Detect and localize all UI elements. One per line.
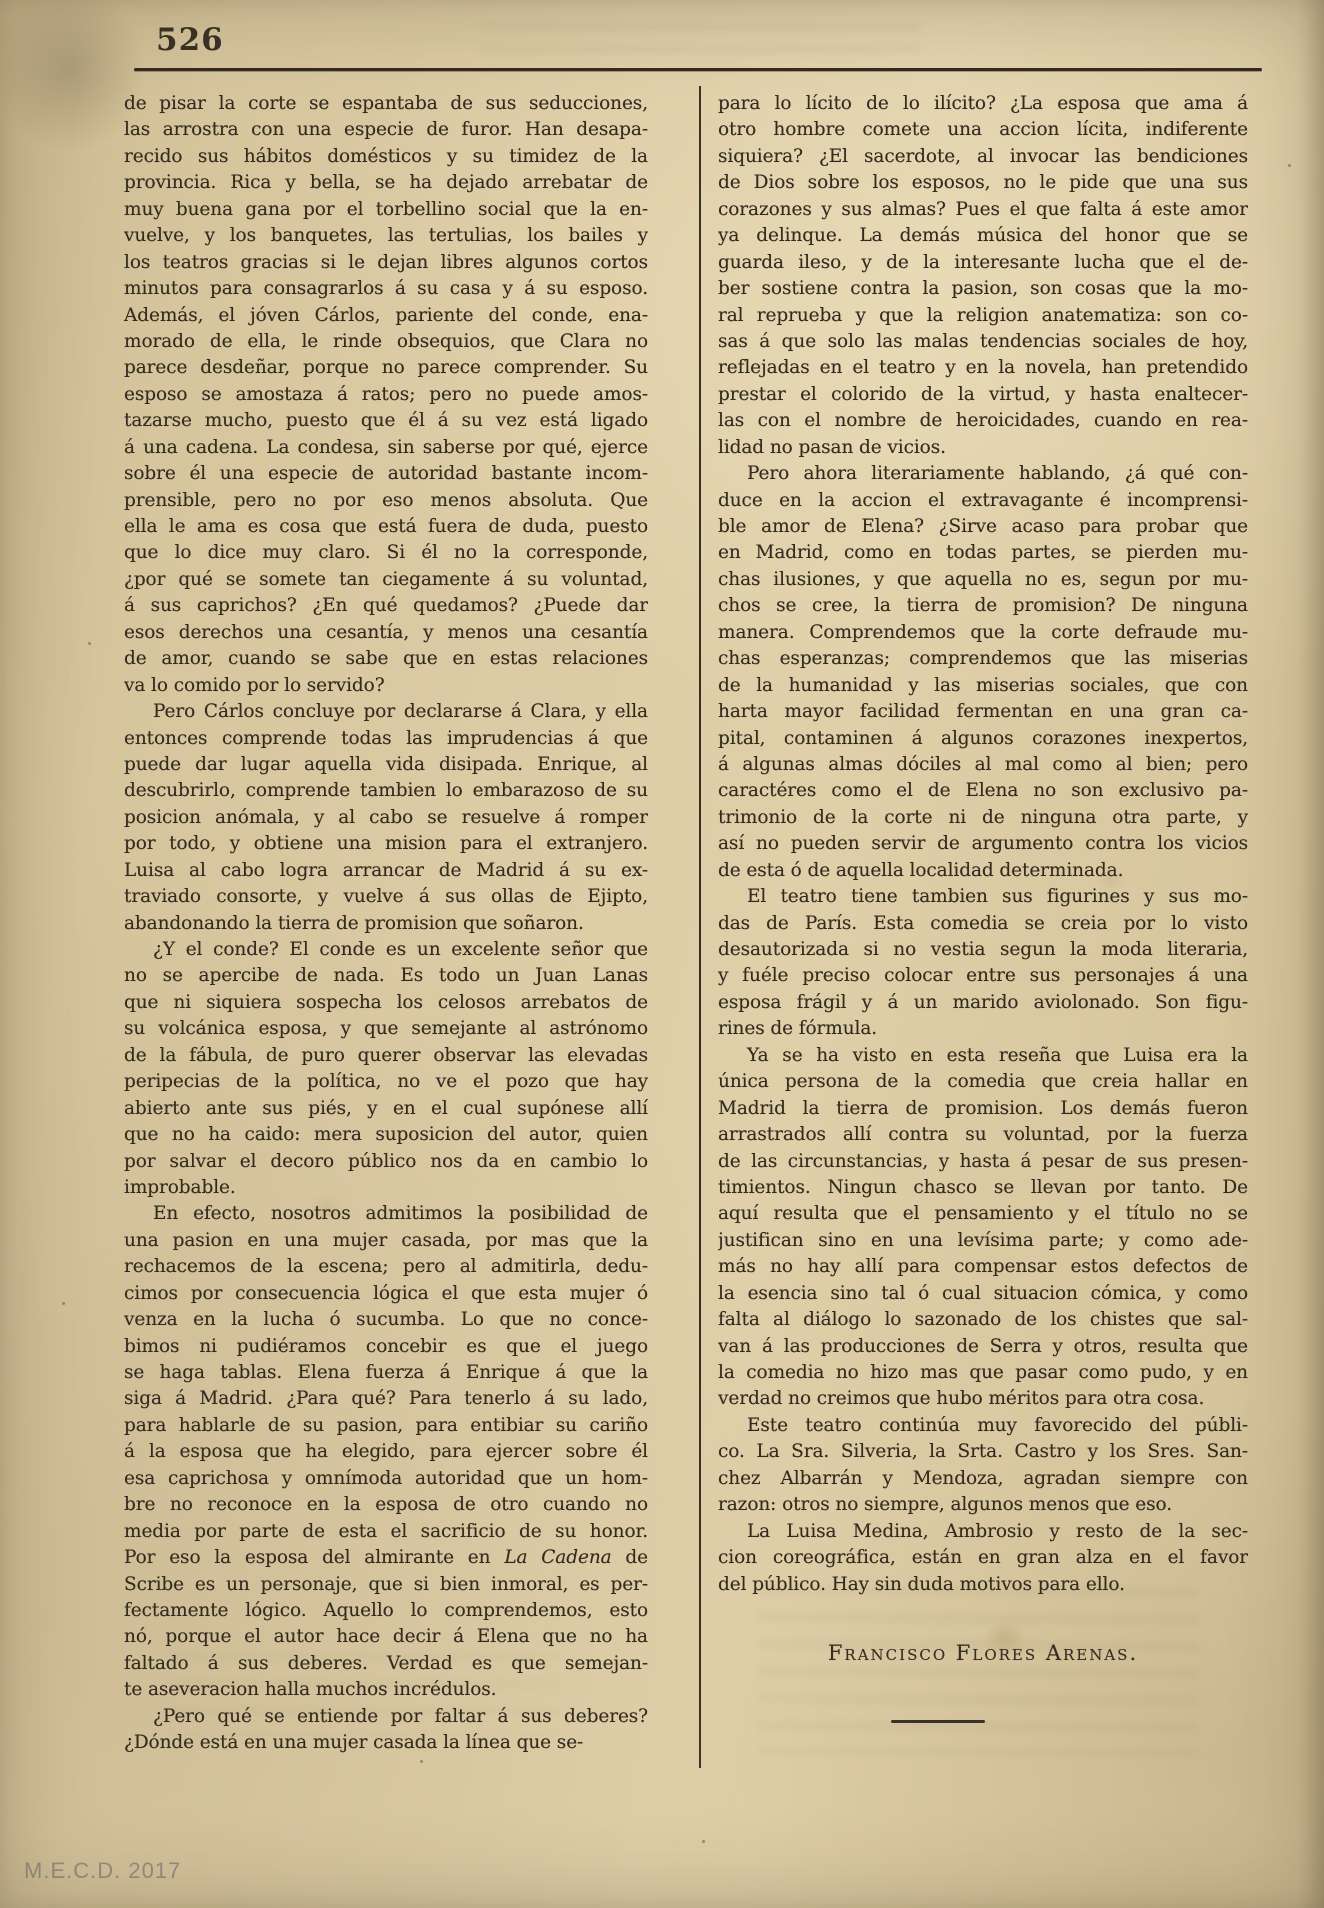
text-line: de la fábula, de puro querer observar la… bbox=[124, 1043, 648, 1069]
text-line: Pero Cárlos concluye por declararse á Cl… bbox=[124, 699, 648, 725]
text-line: vuelve, y los banquetes, las tertulias, … bbox=[124, 223, 648, 249]
show-through-smudge bbox=[758, 1585, 1199, 1757]
text-line: pital, contaminen á algunos corazones in… bbox=[718, 726, 1248, 752]
text-line: das de París. Esta comedia se creia por … bbox=[718, 911, 1248, 937]
text-line: siquiera? ¿El sacerdote, al invocar las … bbox=[718, 144, 1248, 170]
text-line: prestar el colorido de la virtud, y hast… bbox=[718, 382, 1248, 408]
text-line: para lo lícito de lo ilícito? ¿La esposa… bbox=[718, 91, 1248, 117]
text-line: chas ilusiones, y que aquella no es, seg… bbox=[718, 567, 1248, 593]
text-line: tazarse mucho, puesto que él á su vez es… bbox=[124, 408, 648, 434]
text-line: caractéres como el de Elena no son exclu… bbox=[718, 778, 1248, 804]
text-line: descubrirlo, comprende tambien lo embara… bbox=[124, 778, 648, 804]
text-line: venza en la lucha ó sucumba. Lo que no c… bbox=[124, 1307, 648, 1333]
column-divider-rule bbox=[699, 86, 701, 1768]
page-scan: 526 de pisar la corte se espantaba de su… bbox=[0, 0, 1324, 1908]
text-line: La Luisa Medina, Ambrosio y resto de la … bbox=[718, 1519, 1248, 1545]
text-line: las con el nombre de heroicidades, cuand… bbox=[718, 408, 1248, 434]
text-line: minutos para consagrarlos á su casa y á … bbox=[124, 276, 648, 302]
text-line: falta al diálogo lo sazonado de los chis… bbox=[718, 1307, 1248, 1333]
text-line: por salvar el decoro público nos da en c… bbox=[124, 1149, 648, 1175]
text-line: Por eso la esposa del almirante en La Ca… bbox=[124, 1545, 648, 1571]
text-segment: Por eso la esposa del almirante en bbox=[124, 1547, 504, 1568]
text-line: Madrid la tierra de promision. Los demás… bbox=[718, 1096, 1248, 1122]
right-column: para lo lícito de lo ilícito? ¿La esposa… bbox=[718, 91, 1248, 1598]
text-line: prensible, pero no por eso menos absolut… bbox=[124, 488, 648, 514]
paper-speck bbox=[88, 642, 91, 645]
text-line: ¿Dónde está en una mujer casada la línea… bbox=[124, 1730, 648, 1756]
text-line: corazones y sus almas? Pues el que falta… bbox=[718, 197, 1248, 223]
text-line: entonces comprende todas las imprudencia… bbox=[124, 726, 648, 752]
text-line: en Madrid, como en todas partes, se pier… bbox=[718, 540, 1248, 566]
text-line: razon: otros no siempre, algunos menos q… bbox=[718, 1492, 1248, 1518]
text-line: una pasion en una mujer casada, por mas … bbox=[124, 1228, 648, 1254]
page-number: 526 bbox=[156, 22, 224, 58]
text-line: posicion anómala, y al cabo se resuelve … bbox=[124, 805, 648, 831]
text-line: media por parte de esta el sacrificio de… bbox=[124, 1519, 648, 1545]
text-line: para hablarle de su pasion, para entibia… bbox=[124, 1413, 648, 1439]
text-line: Ya se ha visto en esta reseña que Luisa … bbox=[718, 1043, 1248, 1069]
text-line: ble amor de Elena? ¿Sirve acaso para pro… bbox=[718, 514, 1248, 540]
text-line: ber sostiene contra la pasion, son cosas… bbox=[718, 276, 1248, 302]
text-line: chas esperanzas; comprendemos que las mi… bbox=[718, 646, 1248, 672]
header-rule bbox=[134, 68, 1262, 71]
text-line: reflejadas en el teatro y en la novela, … bbox=[718, 355, 1248, 381]
text-line: de Dios sobre los esposos, no le pide qu… bbox=[718, 170, 1248, 196]
text-line: traviado consorte, y vuelve á sus ollas … bbox=[124, 884, 648, 910]
text-line: puede dar lugar aquella vida disipada. E… bbox=[124, 752, 648, 778]
text-line: En efecto, nosotros admitimos la posibil… bbox=[124, 1201, 648, 1227]
archive-watermark: M.E.C.D. 2017 bbox=[24, 1858, 181, 1884]
text-line: faltado á sus deberes. Verdad es que sem… bbox=[124, 1651, 648, 1677]
text-line: morado de ella, le rinde obsequios, que … bbox=[124, 329, 648, 355]
paper-speck bbox=[420, 1760, 423, 1763]
text-line: ¿Pero qué se entiende por faltar á sus d… bbox=[124, 1704, 648, 1730]
text-line: bimos ni pudiéramos concebir es que el j… bbox=[124, 1334, 648, 1360]
text-line: nó, porque el autor hace decir á Elena q… bbox=[124, 1624, 648, 1650]
text-line: arrastrados allí contra su voluntad, por… bbox=[718, 1122, 1248, 1148]
text-line: la comedia no hizo mas que pasar como pu… bbox=[718, 1360, 1248, 1386]
text-line: esposa frágil y á un marido aviolonado. … bbox=[718, 990, 1248, 1016]
text-line: á la esposa que ha elegido, para ejercer… bbox=[124, 1439, 648, 1465]
text-line: por todo, y obtiene una mision para el e… bbox=[124, 831, 648, 857]
text-line: sobre él una especie de autoridad bastan… bbox=[124, 461, 648, 487]
text-line: Luisa al cabo logra arrancar de Madrid á… bbox=[124, 858, 648, 884]
text-line: de la humanidad y las miserias sociales,… bbox=[718, 673, 1248, 699]
left-column: de pisar la corte se espantaba de sus se… bbox=[124, 91, 648, 1757]
text-line: de las circunstancias, y hasta á pesar d… bbox=[718, 1149, 1248, 1175]
text-line: no se apercibe de nada. Es todo un Juan … bbox=[124, 963, 648, 989]
text-line: va lo comido por lo servido? bbox=[124, 673, 648, 699]
text-line: abierto ante sus piés, y en el cual supó… bbox=[124, 1096, 648, 1122]
text-line: de amor, cuando se sabe que en estas rel… bbox=[124, 646, 648, 672]
paper-speck bbox=[62, 1302, 65, 1305]
text-line: co. La Sra. Silveria, la Srta. Castro y … bbox=[718, 1439, 1248, 1465]
text-line: que no ha caido: mera suposicion del aut… bbox=[124, 1122, 648, 1148]
text-line: á una cadena. La condesa, sin saberse po… bbox=[124, 435, 648, 461]
text-line: ella le ama es cosa que está fuera de du… bbox=[124, 514, 648, 540]
text-line: bre no reconoce en la esposa de otro cua… bbox=[124, 1492, 648, 1518]
paper-speck bbox=[1288, 164, 1291, 167]
text-line: lidad no pasan de vicios. bbox=[718, 435, 1248, 461]
text-line: de pisar la corte se espantaba de sus se… bbox=[124, 91, 648, 117]
text-line: esos derechos una cesantía, y menos una … bbox=[124, 620, 648, 646]
text-line: timientos. Ningun chasco se llevan por t… bbox=[718, 1175, 1248, 1201]
text-line: El teatro tiene tambien sus figurines y … bbox=[718, 884, 1248, 910]
text-line: más no hay allí para compensar estos def… bbox=[718, 1254, 1248, 1280]
text-line: ral reprueba y que la religion anatemati… bbox=[718, 303, 1248, 329]
text-line: trimonio de la corte ni de ninguna otra … bbox=[718, 805, 1248, 831]
text-line: harta mayor facilidad fermentan en una g… bbox=[718, 699, 1248, 725]
text-line: Este teatro continúa muy favorecido del … bbox=[718, 1413, 1248, 1439]
text-line: rines de fórmula. bbox=[718, 1016, 1248, 1042]
paper-speck bbox=[702, 1840, 705, 1843]
text-line: que ni siquiera sospecha los celosos arr… bbox=[124, 990, 648, 1016]
text-line: y fuéle preciso colocar entre sus person… bbox=[718, 963, 1248, 989]
text-line: improbable. bbox=[124, 1175, 648, 1201]
text-line: á sus caprichos? ¿En qué quedamos? ¿Pued… bbox=[124, 593, 648, 619]
text-line: su volcánica esposa, y que semejante al … bbox=[124, 1016, 648, 1042]
text-line: chos se cree, la tierra de promision? De… bbox=[718, 593, 1248, 619]
text-line: cion coreográfica, están en gran alza en… bbox=[718, 1545, 1248, 1571]
text-line: esposo se amostaza á ratos; pero no pued… bbox=[124, 382, 648, 408]
text-line: las arrostra con una especie de furor. H… bbox=[124, 117, 648, 143]
text-line: ya delinque. La demás música del honor q… bbox=[718, 223, 1248, 249]
text-line: Además, el jóven Cárlos, pariente del co… bbox=[124, 303, 648, 329]
text-line: provincia. Rica y bella, se ha dejado ar… bbox=[124, 170, 648, 196]
text-line: única persona de la comedia que creia ha… bbox=[718, 1069, 1248, 1095]
text-line: rechacemos de la escena; pero al admitir… bbox=[124, 1254, 648, 1280]
text-line: á algunas almas dóciles al mal como al b… bbox=[718, 752, 1248, 778]
text-line: del público. Hay sin duda motivos para e… bbox=[718, 1572, 1248, 1598]
text-line: fectamente lógico. Aquello lo comprendem… bbox=[124, 1598, 648, 1624]
text-line: duce en la accion el extravagante é inco… bbox=[718, 488, 1248, 514]
text-line: así no pueden servir de argumento contra… bbox=[718, 831, 1248, 857]
text-line: la esencia sino tal ó cual situacion cóm… bbox=[718, 1281, 1248, 1307]
text-line: otro hombre comete una accion lícita, in… bbox=[718, 117, 1248, 143]
text-line: Pero ahora literariamente hablando, ¿á q… bbox=[718, 461, 1248, 487]
text-line: van á las producciones de Serra y otros,… bbox=[718, 1334, 1248, 1360]
text-line: te aseveracion halla muchos incrédulos. bbox=[124, 1677, 648, 1703]
text-line: abandonando la tierra de promision que s… bbox=[124, 911, 648, 937]
show-through-smudge bbox=[480, 22, 920, 64]
article-end-rule bbox=[891, 1720, 985, 1723]
text-line: chez Albarrán y Mendoza, agradan siempre… bbox=[718, 1466, 1248, 1492]
text-line: peripecias de la política, no ve el pozo… bbox=[124, 1069, 648, 1095]
text-line: de esta ó de aquella localidad determina… bbox=[718, 858, 1248, 884]
text-line: parece desdeñar, porque no parece compre… bbox=[124, 355, 648, 381]
text-line: verdad no creimos que hubo méritos para … bbox=[718, 1386, 1248, 1412]
text-line: los teatros gracias si le dejan libres a… bbox=[124, 250, 648, 276]
edge-shade bbox=[1298, 0, 1324, 1908]
italic-work-title: La Cadena bbox=[504, 1547, 611, 1568]
text-line: esa caprichosa y omnímoda autoridad que … bbox=[124, 1466, 648, 1492]
text-line: justifican sino en una levísima parte; y… bbox=[718, 1228, 1248, 1254]
text-line: que lo dice muy claro. Si él no la corre… bbox=[124, 540, 648, 566]
text-line: ¿Y el conde? El conde es un excelente se… bbox=[124, 937, 648, 963]
text-line: manera. Comprendemos que la corte defrau… bbox=[718, 620, 1248, 646]
text-line: desautorizada si no vestia segun la moda… bbox=[718, 937, 1248, 963]
text-line: muy buena gana por el torbellino social … bbox=[124, 197, 648, 223]
text-line: guarda ileso, y de la interesante lucha … bbox=[718, 250, 1248, 276]
text-line: se haga tablas. Elena fuerza á Enrique á… bbox=[124, 1360, 648, 1386]
text-line: ¿por qué se somete tan ciegamente á su v… bbox=[124, 567, 648, 593]
text-segment: de bbox=[612, 1547, 648, 1568]
author-signature: Francisco Flores Arenas. bbox=[718, 1641, 1248, 1665]
text-line: siga á Madrid. ¿Para qué? Para tenerlo á… bbox=[124, 1386, 648, 1412]
text-line: Scribe es un personaje, que si bien inmo… bbox=[124, 1572, 648, 1598]
text-line: recido sus hábitos domésticos y su timid… bbox=[124, 144, 648, 170]
text-line: sas á que solo las malas tendencias soci… bbox=[718, 329, 1248, 355]
text-line: aquí resulta que el pensamiento y el tít… bbox=[718, 1201, 1248, 1227]
text-line: cimos por consecuencia lógica el que est… bbox=[124, 1281, 648, 1307]
